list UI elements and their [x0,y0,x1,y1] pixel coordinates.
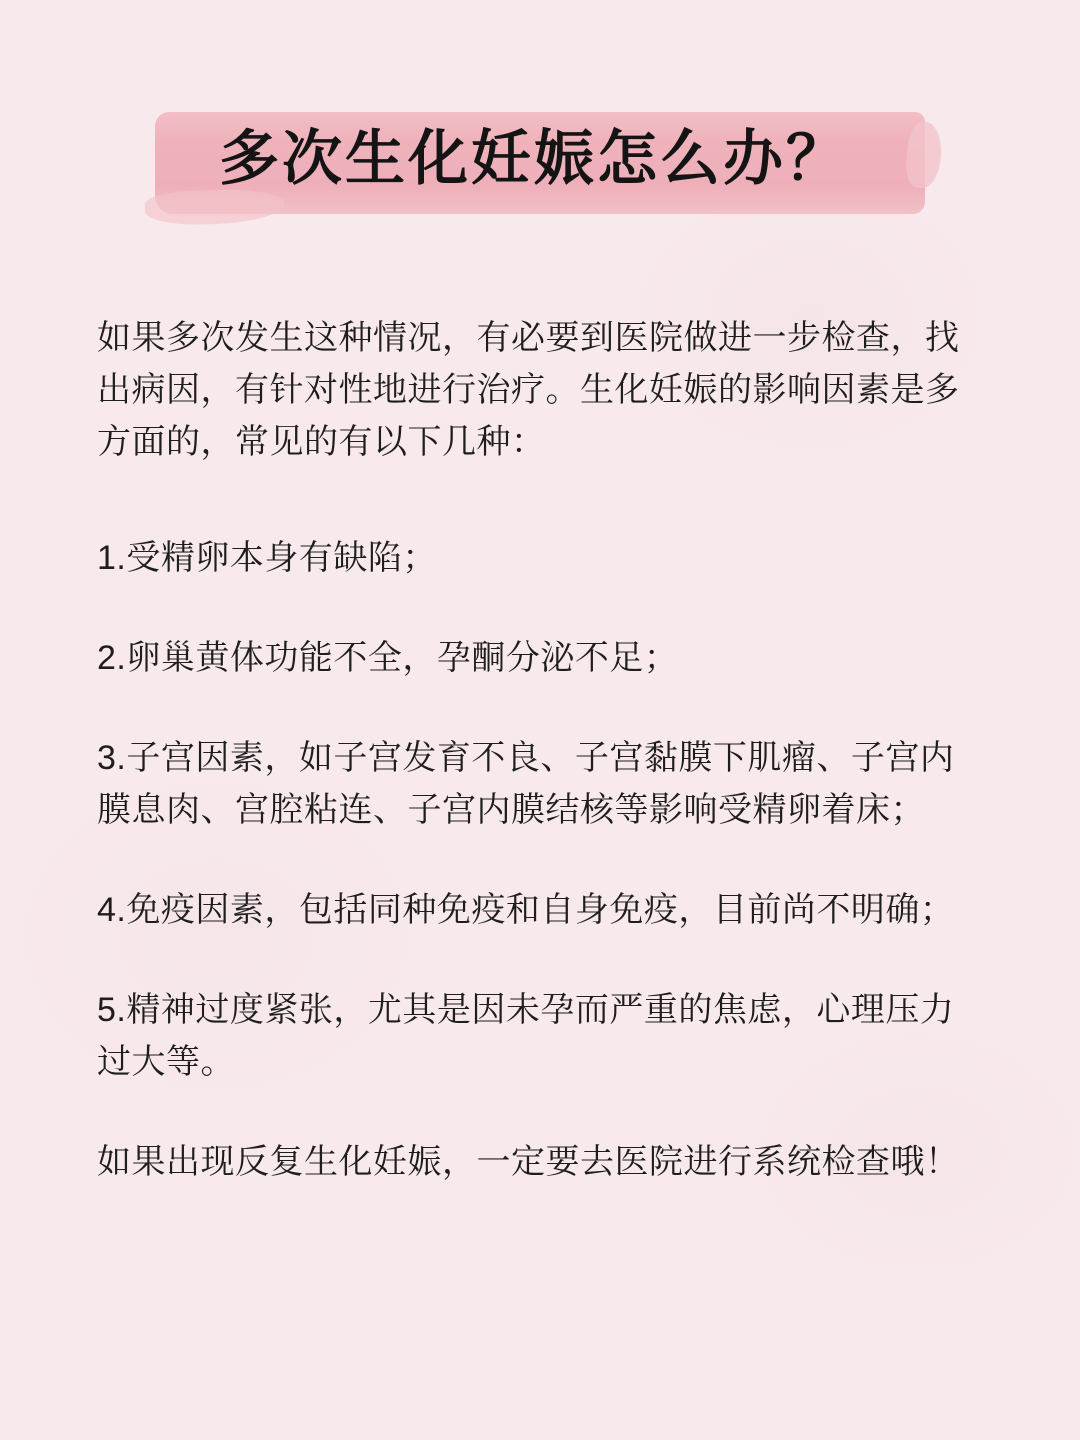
title-highlight: 多次生化妊娠怎么办？ [155,112,925,214]
list-item: 4.免疫因素，包括同种免疫和自身免疫，目前尚不明确； [97,884,988,936]
page-title: 多次生化妊娠怎么办？ [219,128,849,190]
post-card: { "colors": { "background": "#f8e9ec", "… [0,0,1080,1440]
list-item: 3.子宫因素，如子宫发育不良、子宫黏膜下肌瘤、子宫内膜息肉、宫腔粘连、子宫内膜结… [97,732,988,836]
list-item: 5.精神过度紧张，尤其是因未孕而严重的焦虑，心理压力过大等。 [97,984,988,1088]
list-item: 1.受精卵本身有缺陷； [97,532,988,584]
footer-note: 如果出现反复生化妊娠，一定要去医院进行系统检查哦！ [97,1136,988,1188]
list-item: 2.卵巢黄体功能不全，孕酮分泌不足； [97,632,988,684]
article-body: 如果多次发生这种情况，有必要到医院做进一步检查，找出病因，有针对性地进行治疗。生… [97,312,988,1188]
intro-paragraph: 如果多次发生这种情况，有必要到医院做进一步检查，找出病因，有针对性地进行治疗。生… [97,312,988,468]
title-row: 多次生化妊娠怎么办？ [0,112,1080,214]
